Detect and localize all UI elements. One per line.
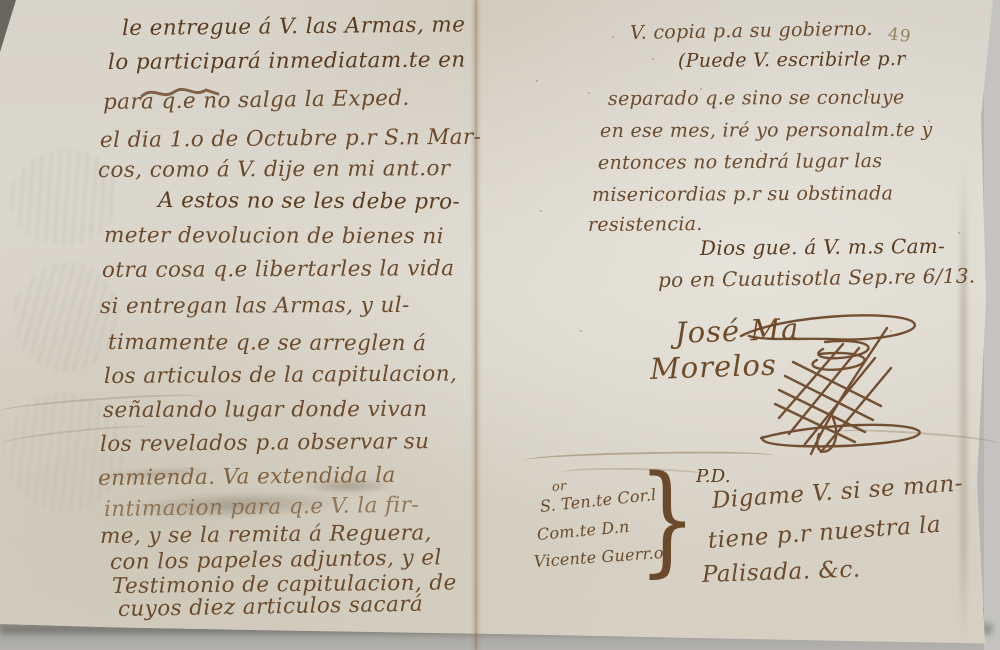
manuscript-line: en ese mes, iré yo personalm.te y bbox=[600, 119, 933, 142]
ink-specks bbox=[0, 0, 2, 2]
manuscript-line: si entregan las Armas, y ul- bbox=[100, 293, 410, 319]
manuscript-line: meter devolucion de bienes ni bbox=[104, 223, 444, 249]
manuscript-line: separado q.e sino se concluye bbox=[608, 86, 905, 110]
address-bracket: } bbox=[638, 460, 697, 580]
manuscript-line: lo participará inmediatam.te en bbox=[108, 48, 466, 75]
manuscript-line: el dia 1.o de Octubre p.r S.n Mar- bbox=[100, 125, 481, 153]
manuscript-line: misericordias p.r su obstinada bbox=[592, 182, 893, 206]
manuscript-line: cos, como á V. dije en mi ant.or bbox=[98, 156, 451, 183]
manuscript-line: otra cosa q.e libertarles la vida bbox=[102, 256, 455, 283]
postscript-line: Palisada. &c. bbox=[702, 556, 861, 588]
postscript-label: P.D. bbox=[696, 466, 731, 487]
manuscript-line: para q.e no salga la Exped. bbox=[103, 86, 410, 115]
address-line: or bbox=[551, 479, 566, 495]
manuscript-line: entonces no tendrá lugar las bbox=[598, 150, 883, 174]
manuscript-line: le entregue á V. las Armas, me bbox=[122, 12, 466, 41]
closing-line: Dios gue. á V. m.s Cam- bbox=[700, 234, 945, 260]
folio-number: 49 bbox=[887, 24, 913, 47]
manuscript-line: timamente q.e se arreglen á bbox=[108, 330, 426, 356]
manuscript-line: A estos no se les debe pro- bbox=[158, 188, 460, 215]
signature-rubric-icon bbox=[735, 306, 935, 456]
manuscript-line: los revelados p.a observar su bbox=[100, 429, 430, 457]
center-fold-crease bbox=[470, 0, 482, 650]
manuscript-photo: le entregue á V. las Armas, me lo partic… bbox=[0, 0, 1000, 650]
manuscript-line: señalando lugar donde vivan bbox=[103, 397, 428, 423]
manuscript-line: me, y se la remita á Reguera, bbox=[100, 521, 432, 549]
closing-line: po en Cuautisotla Sep.re 6/13. bbox=[658, 264, 976, 292]
scan-background-right bbox=[984, 0, 1000, 650]
manuscript-line: enmienda. Va extendida la bbox=[98, 463, 396, 491]
manuscript-line: (Puede V. escribirle p.r bbox=[678, 48, 906, 72]
manuscript-line: intimacion para q.e V. la fir- bbox=[104, 493, 419, 522]
manuscript-line: V. copia p.a su gobierno. bbox=[630, 18, 873, 44]
manuscript-line: resistencia. bbox=[588, 213, 703, 236]
manuscript-line: los articulos de la capitulacion, bbox=[104, 362, 457, 389]
manuscript-line: cuyos diez articulos sacará bbox=[118, 592, 424, 622]
